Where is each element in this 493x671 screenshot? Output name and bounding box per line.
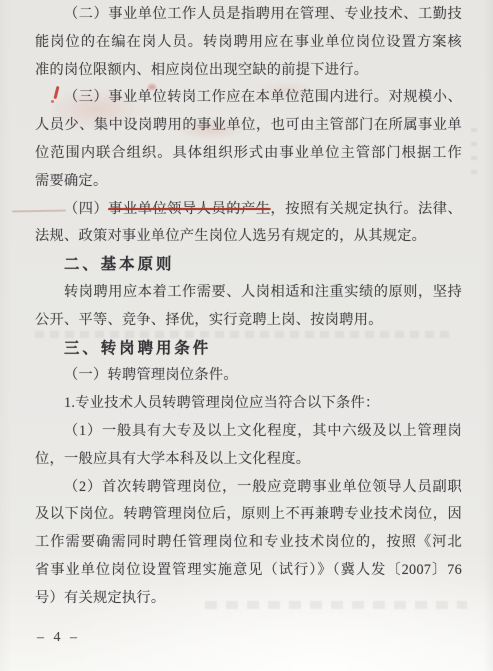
section-heading: 二、基本原则 — [35, 251, 462, 279]
text-line: 工作需要确需同时聘任管理岗位和专业技术岗位的，按照《河北 — [35, 529, 462, 557]
section-heading: 三、转岗聘用条件 — [35, 335, 462, 363]
text-line: （2）首次转聘管理岗位，一般应竞聘事业单位领导人员副职 — [35, 474, 462, 502]
document-body: （二）事业单位工作人员是指聘用在管理、专业技术、工勤技 能岗位的在编在岗人员。转… — [35, 1, 462, 613]
text-line: 准的岗位限额内、相应岗位出现空缺的前提下进行。 — [35, 57, 462, 85]
text-line: （1）一般具有大专及以上文化程度，其中六级及以上管理岗 — [35, 418, 462, 446]
page-number: – 4 – — [37, 630, 80, 646]
line-suffix: ，按照有关规定执行。法律、 — [271, 201, 462, 217]
text-line: 转岗聘用应本着工作需要、人岗相适和注重实绩的原则，坚持 — [35, 279, 462, 307]
line-prefix: （四） — [64, 201, 108, 217]
text-line: 公开、平等、竞争、择优，实行竞聘上岗、按岗聘用。 — [35, 307, 462, 335]
red-strikethrough-text: 事业单位领导人员的产生 — [108, 201, 270, 217]
text-line: 人员少、集中设岗聘用的事业单位，也可由主管部门在所属事业单 — [35, 112, 462, 140]
text-line: 号）有关规定执行。 — [35, 585, 462, 613]
text-line: 需要确定。 — [35, 168, 462, 196]
text-line: （一）转聘管理岗位条件。 — [35, 362, 462, 390]
text-line: 能岗位的在编在岗人员。转岗聘用应在事业单位岗位设置方案核 — [35, 29, 462, 57]
text-line: 省事业单位岗位设置管理实施意见（试行）》（冀人发〔2007〕76 — [35, 557, 462, 585]
text-line: （三）事业单位转岗工作应在本单位范围内进行。对规模小、 — [35, 84, 462, 112]
text-line: 位，一般应具有大学本科及以上文化程度。 — [35, 446, 462, 474]
text-line: 1.专业技术人员转聘管理岗位应当符合以下条件： — [35, 390, 462, 418]
text-line-with-strikethrough: （四）事业单位领导人员的产生，按照有关规定执行。法律、 — [35, 196, 462, 224]
scan-edge-artifact — [471, 128, 477, 178]
text-line: 及以下岗位。转聘管理岗位后，原则上不再兼聘专业技术岗位，因 — [35, 501, 462, 529]
scanned-document-page: （二）事业单位工作人员是指聘用在管理、专业技术、工勤技 能岗位的在编在岗人员。转… — [0, 0, 493, 671]
text-line: 位范围内联合组织。具体组织形式由事业单位主管部门根据工作 — [35, 140, 462, 168]
text-line: 法规、政策对事业单位产生岗位人选另有规定的，从其规定。 — [35, 223, 462, 251]
text-line: （二）事业单位工作人员是指聘用在管理、专业技术、工勤技 — [35, 1, 462, 29]
